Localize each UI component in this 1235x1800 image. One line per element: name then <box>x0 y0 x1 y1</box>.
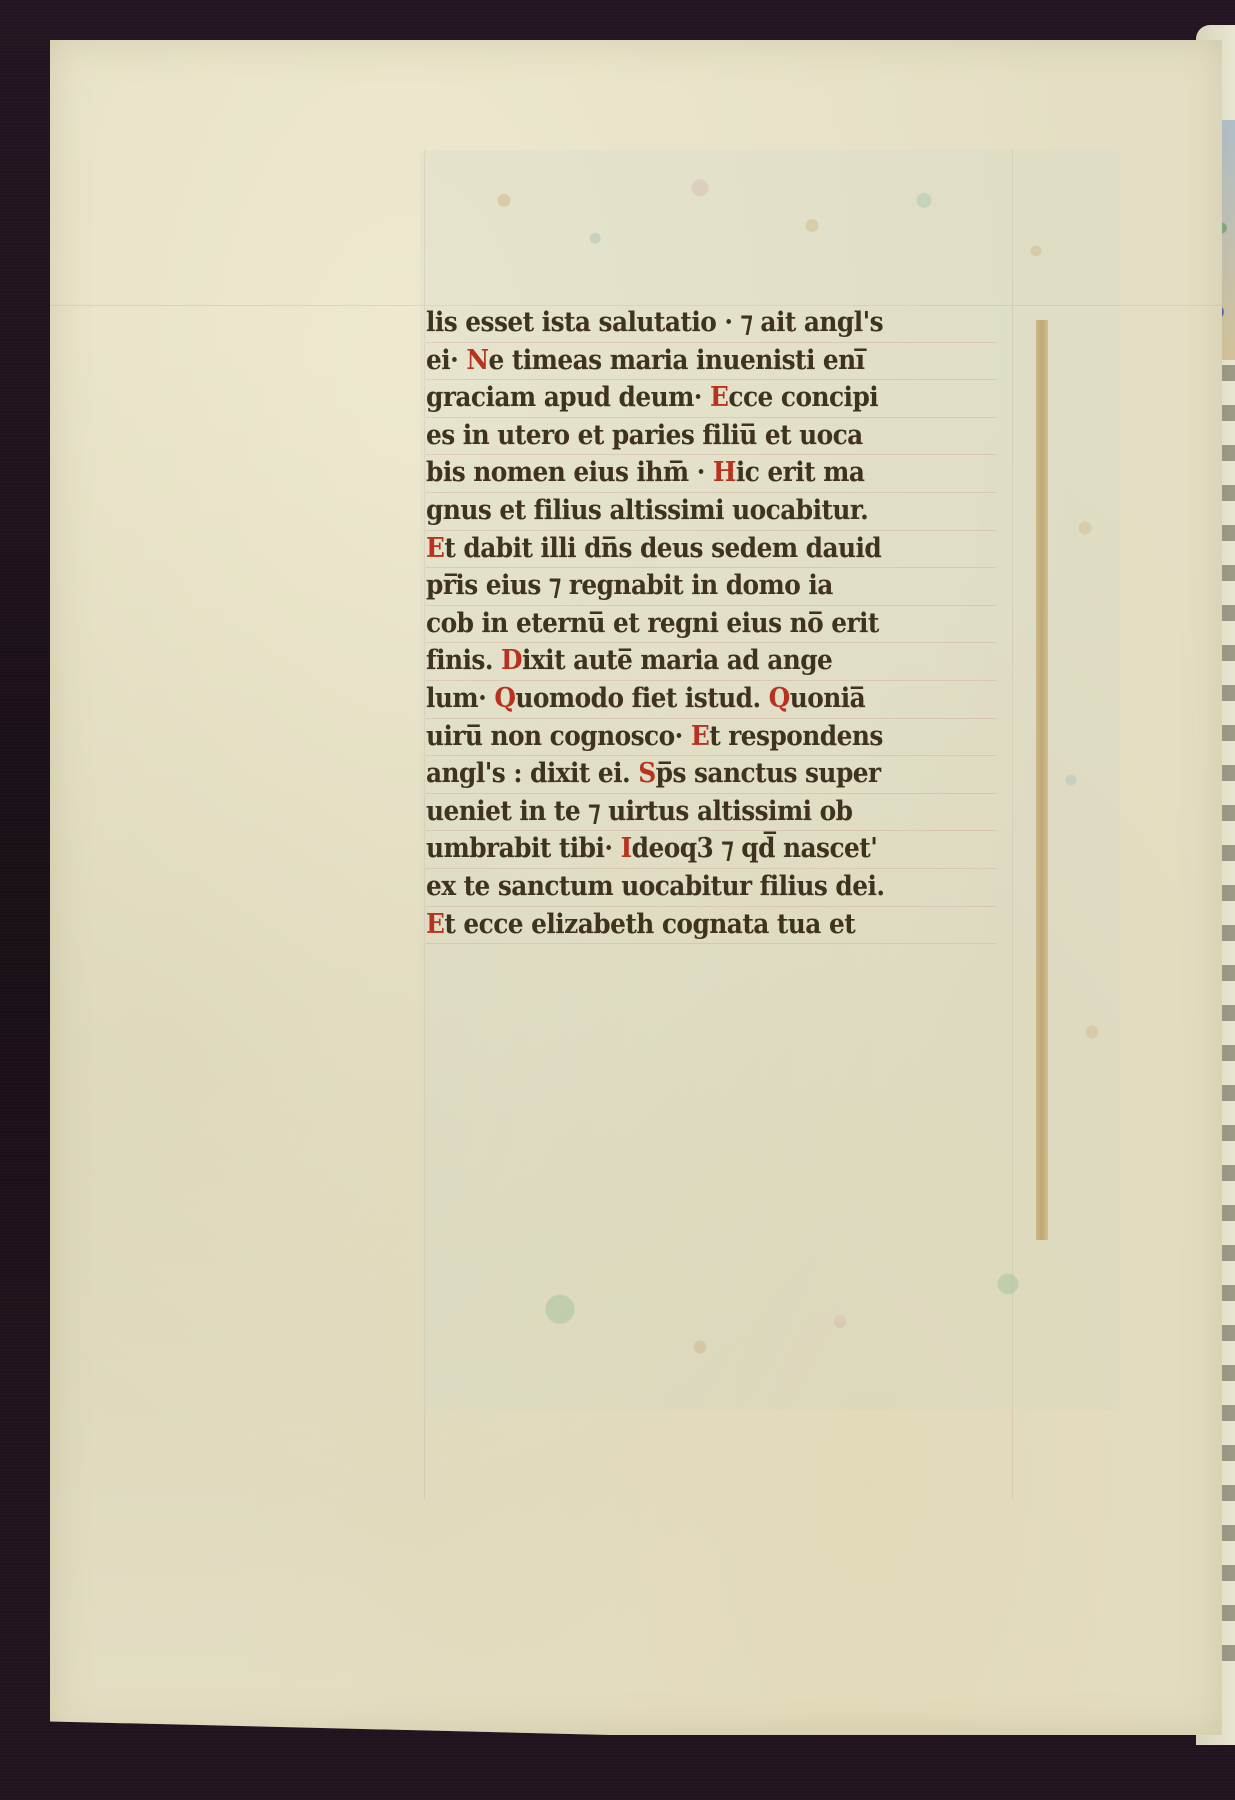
rubricated-initial: S <box>638 758 655 789</box>
text-line: umbrabit tibi· Ideoq3 ⁊ qd̅ nascet' <box>426 831 996 869</box>
rubricated-initial: I <box>621 833 632 864</box>
text-segment: ic erit ma <box>736 457 865 488</box>
rubricated-initial: E <box>426 909 444 940</box>
text-line: Et dabit illi dn̅s deus sedem dauid <box>426 531 996 569</box>
text-line: bis nomen eius ihm̅ · Hic erit ma <box>426 455 996 493</box>
text-segment: uiru̅ non cognosco· <box>426 721 691 752</box>
text-line: gnus et filius altissimi uocabitur. <box>426 493 996 531</box>
text-segment: deoq3 ⁊ qd̅ nascet' <box>632 833 878 864</box>
text-segment: finis. <box>426 645 501 676</box>
text-segment: bis nomen eius ihm̅ · <box>426 457 713 488</box>
text-segment: lis esset ista salutatio · ⁊ ait angl's <box>426 307 883 338</box>
text-line: angl's : dixit ei. Sp̅s sanctus super <box>426 756 996 794</box>
text-line: uiru̅ non cognosco· Et respondens <box>426 719 996 757</box>
text-line: ei· Ne timeas maria inuenisti eni̅ <box>426 343 996 381</box>
rubricated-initial: D <box>501 645 522 676</box>
rubricated-initial: E <box>710 382 728 413</box>
text-segment: e timeas maria inuenisti eni̅ <box>489 345 865 376</box>
text-block: lis esset ista salutatio · ⁊ ait angl'se… <box>426 305 1046 944</box>
text-segment: cce concipi <box>728 382 878 413</box>
text-segment: ex te sanctum uocabitur filius dei. <box>426 871 884 902</box>
text-segment: ixit aute̅ maria ad ange <box>522 645 832 676</box>
text-line: lis esset ista salutatio · ⁊ ait angl's <box>426 305 996 343</box>
rubricated-initial: E <box>426 533 444 564</box>
text-segment: umbrabit tibi· <box>426 833 621 864</box>
text-segment: cob in eternu̅ et regni eius no̅ erit <box>426 608 879 639</box>
text-segment: es in utero et paries filiu̅ et uoca <box>426 420 863 451</box>
text-segment: lum· <box>426 683 494 714</box>
text-line: pr̅is eius ⁊ regnabit in domo ia <box>426 568 996 606</box>
text-segment: t respondens <box>709 721 883 752</box>
text-line: cob in eternu̅ et regni eius no̅ erit <box>426 606 996 644</box>
text-line: Et ecce elizabeth cognata tua et <box>426 907 996 945</box>
text-line: graciam apud deum· Ecce concipi <box>426 380 996 418</box>
text-segment: uonia̅ <box>790 683 865 714</box>
rubricated-initial: H <box>713 457 736 488</box>
text-segment: t dabit illi dn̅s deus sedem dauid <box>444 533 881 564</box>
text-line: ueniet in te ⁊ uirtus altissimi ob <box>426 794 996 832</box>
text-segment: gnus et filius altissimi uocabitur. <box>426 495 868 526</box>
text-segment: uomodo fiet istud. <box>515 683 768 714</box>
text-line: es in utero et paries filiu̅ et uoca <box>426 418 996 456</box>
text-line: lum· Quomodo fiet istud. Quonia̅ <box>426 681 996 719</box>
text-line: ex te sanctum uocabitur filius dei. <box>426 869 996 907</box>
rubricated-initial: Q <box>769 683 790 714</box>
text-line: finis. Dixit aute̅ maria ad ange <box>426 643 996 681</box>
text-segment: ei· <box>426 345 466 376</box>
text-segment: graciam apud deum· <box>426 382 710 413</box>
text-segment: pr̅is eius ⁊ regnabit in domo ia <box>426 570 833 601</box>
rubricated-initial: Q <box>494 683 515 714</box>
text-segment: p̅s sanctus super <box>656 758 881 789</box>
rubricated-initial: E <box>691 721 709 752</box>
rubricated-initial: N <box>466 345 488 376</box>
text-segment: angl's : dixit ei. <box>426 758 638 789</box>
text-segment: ueniet in te ⁊ uirtus altissimi ob <box>426 796 852 827</box>
text-segment: t ecce elizabeth cognata tua et <box>444 909 855 940</box>
